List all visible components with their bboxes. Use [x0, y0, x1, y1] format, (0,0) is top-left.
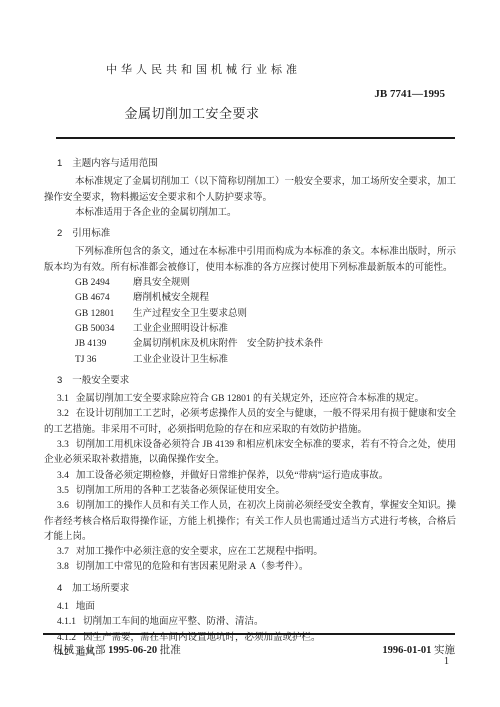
clause-number: 3 [57, 375, 62, 386]
section-heading: 1主题内容与适用范围 [44, 156, 456, 171]
clause-number: 4.1.1 [57, 617, 76, 627]
clause-text: 加工场所要求 [72, 583, 129, 594]
standard-code: JB 7741—1995 [374, 88, 445, 100]
clause-number: 3.5 [57, 486, 69, 496]
reference-title: 生产过程安全卫生要求总则 [133, 309, 247, 319]
document-page: 中华人民共和国机械行业标准 JB 7741—1995 金属切削加工安全要求 1主… [0, 0, 500, 707]
approval-line: 机械工业部 1995-06-20 批准 [53, 642, 181, 657]
clause-item: 3.3切削加工用机床设备必须符合 JB 4139 和相应机床安全标准的要求，若有… [44, 438, 456, 469]
paragraph: 下列标准所包含的条文，通过在本标准中引用而构成为本标准的条文。本标准出版时，所示… [44, 245, 456, 276]
standard-type-header: 中华人民共和国机械行业标准 [106, 61, 301, 77]
reference-item: JB 4139金属切削机床及机床附件 安全防护技术条件 [44, 337, 456, 352]
document-body: 1主题内容与适用范围本标准规定了金属切削加工（以下简称切削加工）一般安全要求，加… [44, 151, 456, 661]
clause-number: 2 [57, 228, 62, 239]
clause-item: 3.6切削加工的操作人员和有关工作人员，在初次上岗前必须经受安全教育，掌握安全知… [44, 499, 456, 545]
footer-divider [43, 633, 455, 635]
clause-text: 切削加工用机床设备必须符合 JB 4139 和相应机床安全标准的要求，若有不符合… [44, 440, 456, 465]
clause-text: 主题内容与适用范围 [72, 158, 158, 169]
approval-date: 1995-06-20 [108, 645, 157, 656]
clause-item: 3.1金属切削加工安全要求除应符合 GB 12801 的有关规定外，还应符合本标… [44, 392, 456, 407]
reference-code: GB 50034 [75, 322, 133, 337]
page-number: 1 [444, 656, 449, 667]
reference-code: TJ 36 [75, 353, 133, 368]
clause-text: 切削加工车间的地面应平整、防滑、清洁。 [83, 617, 264, 627]
clause-number: 3.6 [57, 501, 69, 511]
clause-item: 4.1地面 [44, 600, 456, 615]
clause-number: 4.1 [57, 602, 69, 612]
paragraph: 本标准适用于各企业的金属切削加工。 [44, 206, 456, 221]
approval-org: 机械工业部 [53, 645, 106, 656]
reference-code: GB 2494 [75, 276, 133, 291]
clause-number: 3.3 [57, 440, 69, 450]
reference-code: GB 12801 [75, 307, 133, 322]
clause-text: 一般安全要求 [72, 375, 129, 386]
reference-item: GB 50034工业企业照明设计标准 [44, 322, 456, 337]
clause-text: 对加工操作中必须注意的安全要求，应在工艺规程中指明。 [76, 547, 323, 557]
clause-text: 引用标准 [72, 228, 110, 239]
clause-item: 3.5切削加工所用的各种工艺装备必须保证使用安全。 [44, 484, 456, 499]
clause-number: 3.1 [57, 394, 69, 404]
approval-label: 批准 [160, 645, 181, 656]
clause-item: 3.7对加工操作中必须注意的安全要求，应在工艺规程中指明。 [44, 545, 456, 560]
reference-title: 磨削机械安全规程 [133, 293, 209, 303]
clause-text: 地面 [76, 602, 95, 612]
reference-title: 工业企业照明设计标准 [133, 324, 228, 334]
section-heading: 2引用标准 [44, 226, 456, 241]
clause-number: 3.7 [57, 547, 69, 557]
implementation-date: 1996-01-01 [382, 645, 431, 656]
clause-text: 切削加工的操作人员和有关工作人员，在初次上岗前必须经受安全教育，掌握安全知识。操… [44, 501, 456, 542]
clause-text: 在设计切削加工工艺时，必须考虑操作人员的安全与健康，一般不得采用有损于健康和安全… [44, 409, 456, 434]
reference-code: GB 4674 [75, 291, 133, 306]
clause-text: 切削加工所用的各种工艺装备必须保证使用安全。 [76, 486, 285, 496]
reference-title: 工业企业设计卫生标准 [133, 355, 228, 365]
implementation-label: 实施 [434, 645, 455, 656]
reference-title: 磨具安全规则 [133, 278, 190, 288]
clause-number: 1 [57, 158, 62, 169]
implementation-line: 1996-01-01 实施 [382, 642, 455, 657]
clause-item: 4.1.1切削加工车间的地面应平整、防滑、清洁。 [44, 615, 456, 630]
clause-item: 3.8切削加工中常见的危险和有害因素见附录 A（参考件）。 [44, 560, 456, 575]
reference-code: JB 4139 [75, 337, 133, 352]
clause-text: 切削加工中常见的危险和有害因素见附录 A（参考件）。 [76, 562, 309, 572]
reference-item: GB 12801生产过程安全卫生要求总则 [44, 307, 456, 322]
reference-item: GB 2494磨具安全规则 [44, 276, 456, 291]
section-heading: 4加工场所要求 [44, 581, 456, 596]
clause-number: 3.2 [57, 409, 69, 419]
clause-number: 3.8 [57, 562, 69, 572]
clause-number: 3.4 [57, 471, 69, 481]
clause-number: 4 [57, 583, 62, 594]
section-heading: 3一般安全要求 [44, 373, 456, 388]
reference-title: 金属切削机床及机床附件 安全防护技术条件 [133, 339, 323, 349]
paragraph: 本标准规定了金属切削加工（以下简称切削加工）一般安全要求，加工场所安全要求，加工… [44, 175, 456, 206]
clause-item: 3.2在设计切削加工工艺时，必须考虑操作人员的安全与健康，一般不得采用有损于健康… [44, 407, 456, 438]
clause-item: 3.4加工设备必须定期检修，并做好日常维护保养，以免“带病”运行造成事故。 [44, 469, 456, 484]
document-title: 金属切削加工安全要求 [0, 103, 384, 122]
reference-item: TJ 36工业企业设计卫生标准 [44, 353, 456, 368]
clause-text: 金属切削加工安全要求除应符合 GB 12801 的有关规定外，还应符合本标准的规… [76, 394, 424, 404]
clause-text: 加工设备必须定期检修，并做好日常维护保养，以免“带病”运行造成事故。 [76, 471, 388, 481]
reference-item: GB 4674磨削机械安全规程 [44, 291, 456, 306]
header-divider [56, 137, 455, 139]
